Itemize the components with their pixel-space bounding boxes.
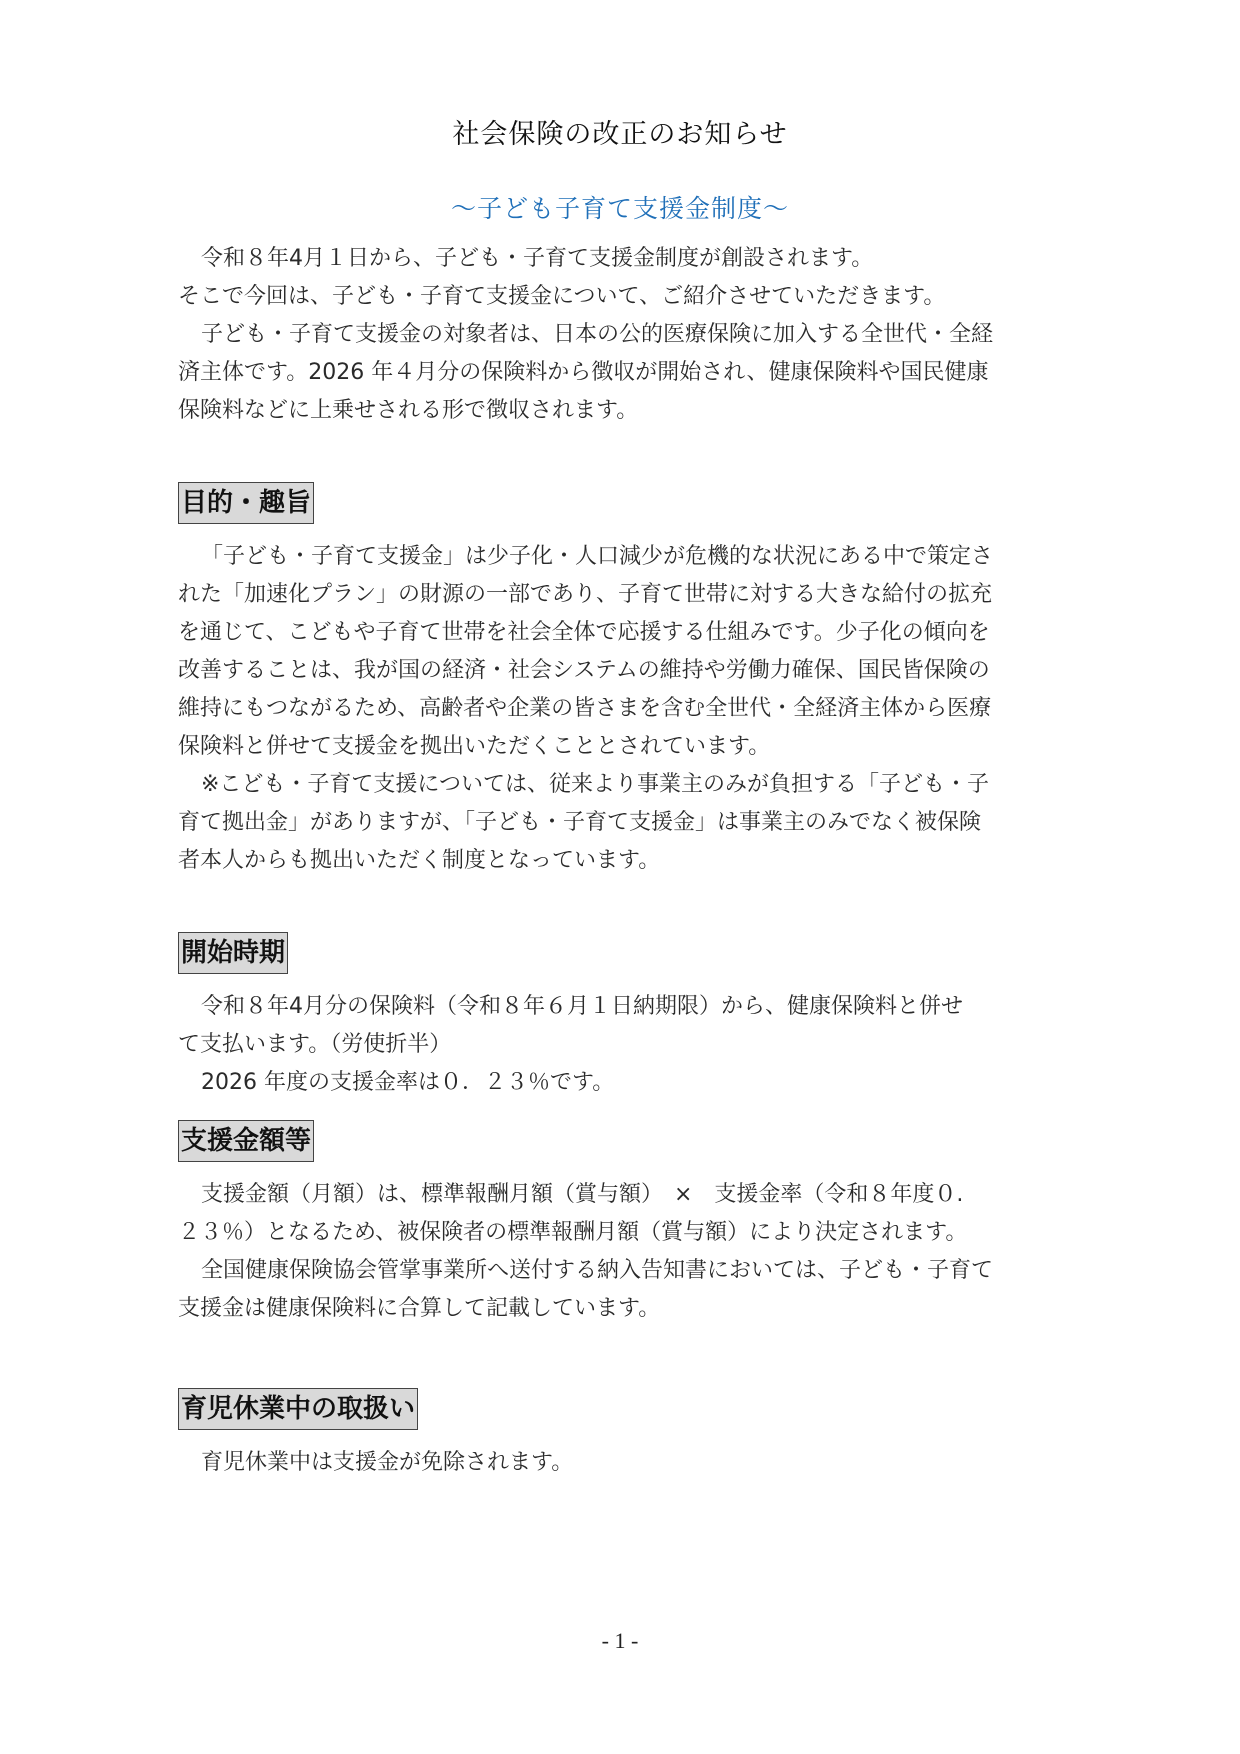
page-number: - 1 - — [0, 1628, 1240, 1654]
childcare-leave-paragraph: 育児休業中は支援金が免除されます。 — [178, 1444, 1068, 1482]
section-heading-amount: 支援金額等 — [178, 1120, 314, 1162]
purpose-line: れた「加速化プラン」の財源の一部であり、子育て世帯に対する大きな給付の拡充 — [178, 576, 1068, 614]
purpose-note-line: 者本人からも拠出いただく制度となっています。 — [178, 842, 1068, 880]
document-page: 社会保険の改正のお知らせ ～子ども子育て支援金制度～ 令和８年4月１日から、子ど… — [0, 0, 1240, 1754]
purpose-line: 改善することは、我が国の経済・社会システムの維持や労働力確保、国民皆保険の — [178, 652, 1068, 690]
intro-line: 令和８年4月１日から、子ども・子育て支援金制度が創設されます。 — [178, 240, 1068, 278]
childcare-leave-line: 育児休業中は支援金が免除されます。 — [178, 1444, 1068, 1482]
intro-line: そこで今回は、子ども・子育て支援金について、ご紹介させていただきます。 — [178, 278, 1068, 316]
intro-line: 子ども・子育て支援金の対象者は、日本の公的医療保険に加入する全世代・全経 — [178, 316, 1068, 354]
purpose-note-line: ※こども・子育て支援については、従来より事業主のみが負担する「子ども・子 — [178, 766, 1068, 804]
purpose-line: 保険料と併せて支援金を拠出いただくこととされています。 — [178, 728, 1068, 766]
intro-line: 保険料などに上乗せされる形で徴収されます。 — [178, 392, 1068, 430]
start-date-paragraph: 令和８年4月分の保険料（令和８年６月１日納期限）から、健康保険料と併せ て支払い… — [178, 988, 1068, 1102]
start-date-rate-line: 2026 年度の支援金率は０．２３％です。 — [178, 1064, 1068, 1102]
purpose-line: 維持にもつながるため、高齢者や企業の皆さまを含む全世代・全経済主体から医療 — [178, 690, 1068, 728]
start-date-line: 令和８年4月分の保険料（令和８年６月１日納期限）から、健康保険料と併せ — [178, 988, 1068, 1026]
intro-line: 済主体です。2026 年４月分の保険料から徴収が開始され、健康保険料や国民健康 — [178, 354, 1068, 392]
amount-line: 支援金は健康保険料に合算して記載しています。 — [178, 1290, 1068, 1328]
amount-line: ２３％）となるため、被保険者の標準報酬月額（賞与額）により決定されます。 — [178, 1214, 1068, 1252]
purpose-line: 「子ども・子育て支援金」は少子化・人口減少が危機的な状況にある中で策定さ — [178, 538, 1068, 576]
purpose-paragraph: 「子ども・子育て支援金」は少子化・人口減少が危機的な状況にある中で策定さ れた「… — [178, 538, 1068, 880]
section-heading-purpose: 目的・趣旨 — [178, 482, 314, 524]
amount-line: 支援金額（月額）は、標準報酬月額（賞与額） × 支援金率（令和８年度０. — [178, 1176, 1068, 1214]
section-heading-start-date: 開始時期 — [178, 932, 288, 974]
purpose-line: を通じて、こどもや子育て世帯を社会全体で応援する仕組みです。少子化の傾向を — [178, 614, 1068, 652]
section-heading-childcare-leave: 育児休業中の取扱い — [178, 1388, 418, 1430]
amount-paragraph: 支援金額（月額）は、標準報酬月額（賞与額） × 支援金率（令和８年度０. ２３％… — [178, 1176, 1068, 1328]
document-title: 社会保険の改正のお知らせ — [0, 112, 1240, 151]
intro-paragraph: 令和８年4月１日から、子ども・子育て支援金制度が創設されます。 そこで今回は、子… — [178, 240, 1068, 430]
document-subtitle: ～子ども子育て支援金制度～ — [0, 189, 1240, 225]
amount-line: 全国健康保険協会管掌事業所へ送付する納入告知書においては、子ども・子育て — [178, 1252, 1068, 1290]
start-date-line: て支払います。（労使折半） — [178, 1026, 1068, 1064]
purpose-note-line: 育て拠出金」がありますが、「子ども・子育て支援金」は事業主のみでなく被保険 — [178, 804, 1068, 842]
